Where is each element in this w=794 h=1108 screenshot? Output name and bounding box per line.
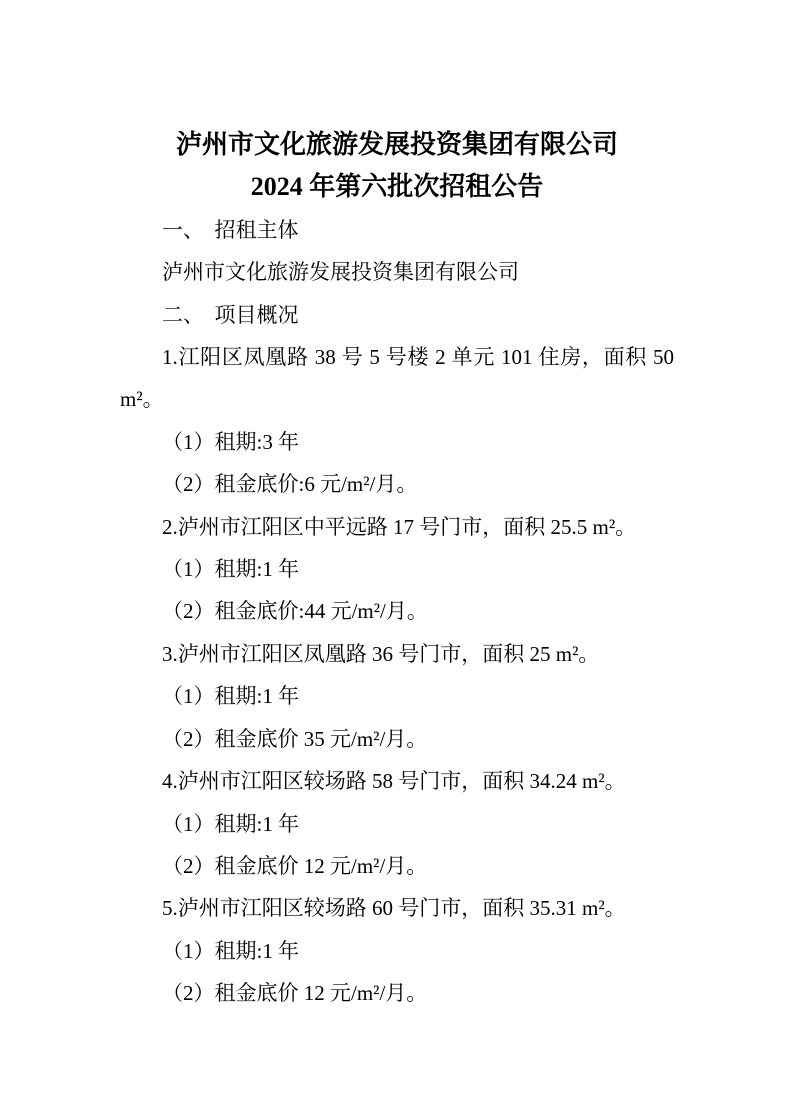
item-1-lease-term: （1）租期:3 年: [120, 421, 674, 463]
item-4-lease-term: （1）租期:1 年: [120, 803, 674, 845]
item-4-base-rent: （2）租金底价 12 元/m²/月。: [120, 845, 674, 887]
item-1-description: 1.江阳区凤凰路 38 号 5 号楼 2 单元 101 住房，面积 50: [120, 336, 674, 378]
item-1-continuation: m²。: [120, 378, 674, 420]
item-3-base-rent: （2）租金底价 35 元/m²/月。: [120, 718, 674, 760]
item-2-base-rent: （2）租金底价:44 元/m²/月。: [120, 590, 674, 632]
item-3-description: 3.泸州市江阳区凤凰路 36 号门市，面积 25 m²。: [120, 633, 674, 675]
item-4-description: 4.泸州市江阳区较场路 58 号门市，面积 34.24 m²。: [120, 760, 674, 802]
doc-title-line-2: 2024 年第六批次招租公告: [120, 166, 674, 208]
item-5-description: 5.泸州市江阳区较场路 60 号门市，面积 35.31 m²。: [120, 887, 674, 929]
item-2-description: 2.泸州市江阳区中平远路 17 号门市，面积 25.5 m²。: [120, 506, 674, 548]
section-heading-2: 二、 项目概况: [120, 294, 674, 336]
item-1-base-rent: （2）租金底价:6 元/m²/月。: [120, 463, 674, 505]
item-5-base-rent: （2）租金底价 12 元/m²/月。: [120, 972, 674, 1014]
section-heading-1: 一、 招租主体: [120, 209, 674, 251]
item-5-lease-term: （1）租期:1 年: [120, 930, 674, 972]
item-3-lease-term: （1）租期:1 年: [120, 675, 674, 717]
issuer-paragraph: 泸州市文化旅游发展投资集团有限公司: [120, 251, 674, 293]
doc-title-line-1: 泸州市文化旅游发展投资集团有限公司: [120, 124, 674, 166]
document-page: 泸州市文化旅游发展投资集团有限公司 2024 年第六批次招租公告 一、 招租主体…: [0, 0, 794, 1108]
item-2-lease-term: （1）租期:1 年: [120, 548, 674, 590]
